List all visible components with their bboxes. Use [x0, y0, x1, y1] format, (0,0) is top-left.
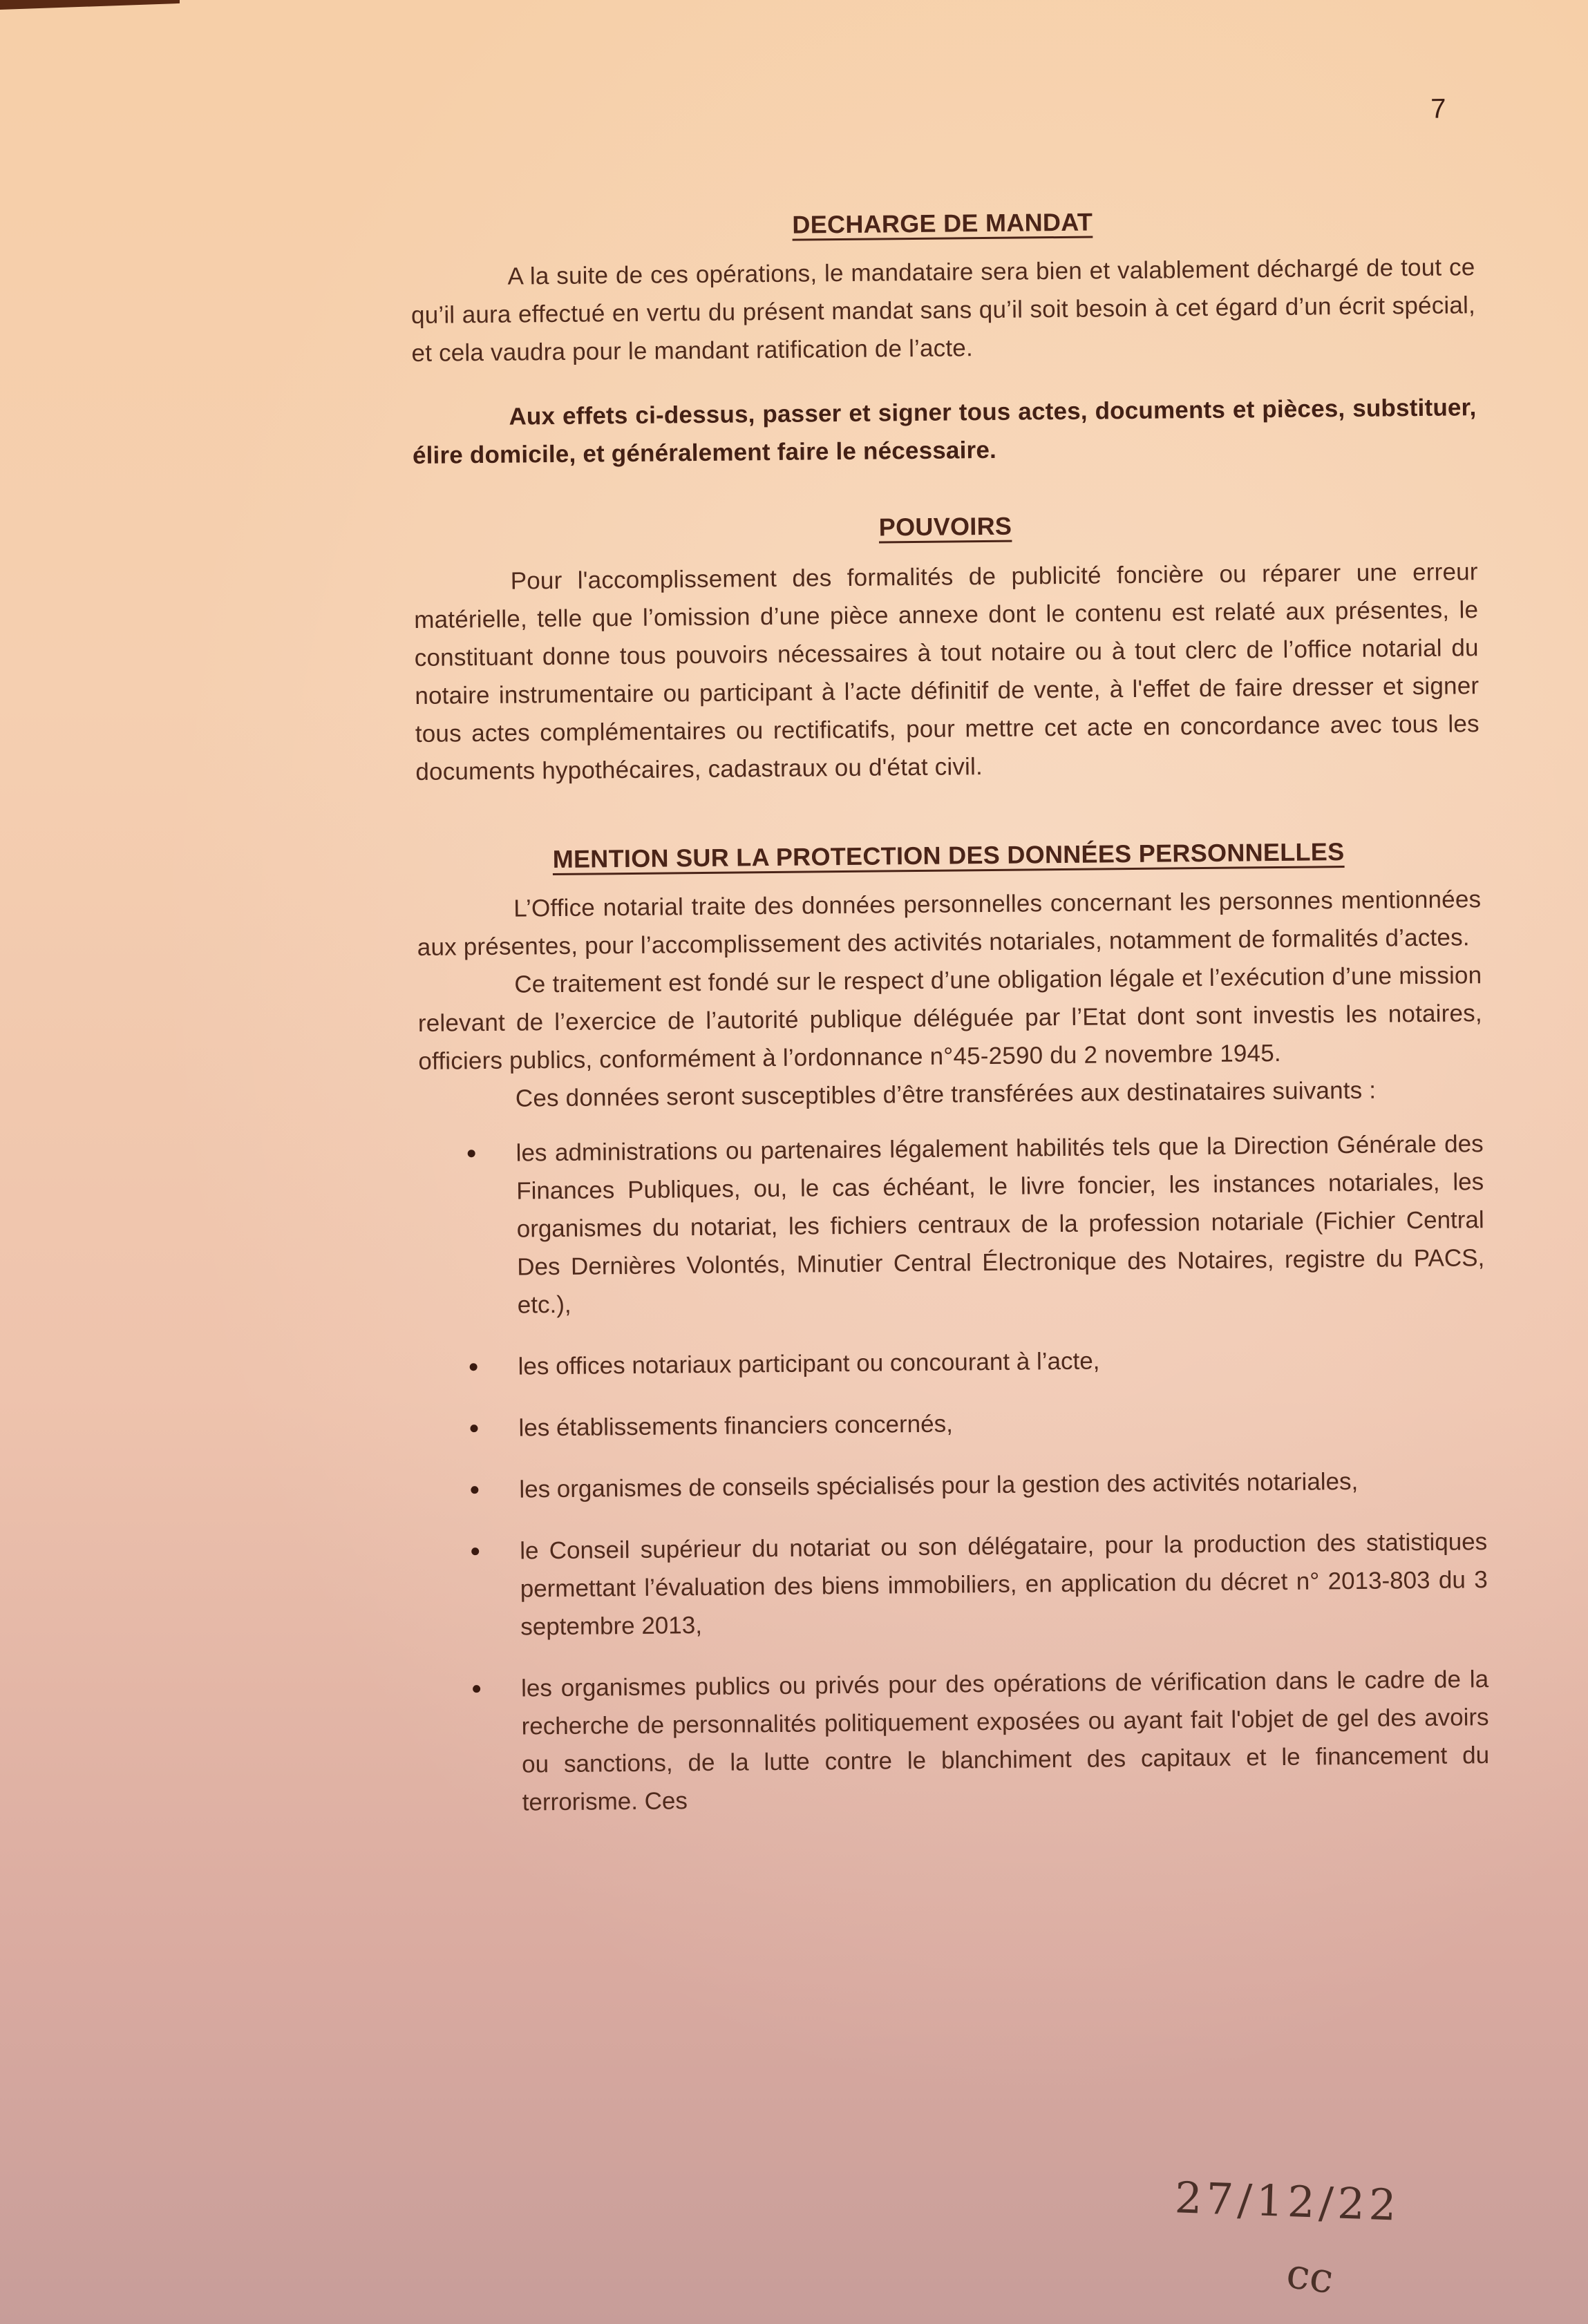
- page-number: 7: [1430, 94, 1446, 125]
- pouvoirs-paragraph: Pour l'accomplissement des formalités de…: [413, 553, 1480, 791]
- protection-paragraph-1: L’Office notarial traite des données per…: [417, 880, 1482, 966]
- list-item-text: les organismes publics ou privés pour de…: [521, 1666, 1489, 1816]
- section-heading-protection-donnees: MENTION SUR LA PROTECTION DES DONNÉES PE…: [416, 836, 1480, 875]
- list-item: les administrations ou partenaires légal…: [419, 1125, 1485, 1325]
- bullet-icon: [470, 1425, 478, 1432]
- section-decharge-de-mandat: DECHARGE DE MANDAT A la suite de ces opé…: [409, 86, 1477, 475]
- decharge-bold-paragraph: Aux effets ci-dessus, passer et signer t…: [412, 388, 1477, 475]
- photo-edge-strip: [0, 0, 180, 10]
- list-item: les organismes de conseils spécialisés p…: [422, 1461, 1486, 1509]
- list-item: le Conseil supérieur du notariat ou son …: [423, 1523, 1488, 1647]
- list-item: les offices notariaux participant ou con…: [421, 1338, 1485, 1387]
- bullet-icon: [470, 1363, 478, 1371]
- list-item-text: les administrations ou partenaires légal…: [516, 1130, 1484, 1318]
- document-page: 7 DECHARGE DE MANDAT A la suite de ces o…: [409, 86, 1490, 1846]
- section-pouvoirs: POUVOIRS Pour l'accomplissement des form…: [413, 507, 1480, 791]
- handwritten-initials: cc: [1283, 2249, 1336, 2304]
- list-item: les établissements financiers concernés,: [422, 1400, 1486, 1448]
- bullet-icon: [471, 1486, 478, 1494]
- recipients-list: les administrations ou partenaires légal…: [419, 1125, 1489, 1822]
- section-protection-donnees: MENTION SUR LA PROTECTION DES DONNÉES PE…: [416, 836, 1489, 1822]
- list-item-text: le Conseil supérieur du notariat ou son …: [520, 1528, 1488, 1640]
- handwritten-date: 27/12/22: [1174, 2172, 1401, 2230]
- bullet-icon: [468, 1150, 475, 1157]
- list-item-text: les organismes de conseils spécialisés p…: [519, 1468, 1358, 1503]
- section-heading-decharge: DECHARGE DE MANDAT: [410, 204, 1475, 243]
- decharge-paragraph: A la suite de ces opérations, le mandata…: [410, 248, 1476, 372]
- list-item-text: les établissements financiers concernés,: [518, 1411, 953, 1442]
- protection-paragraph-2: Ce traitement est fondé sur le respect d…: [417, 956, 1483, 1080]
- bullet-icon: [473, 1685, 480, 1693]
- list-item: les organismes publics ou privés pour de…: [424, 1660, 1490, 1822]
- section-heading-pouvoirs: POUVOIRS: [413, 507, 1477, 546]
- bullet-icon: [471, 1547, 479, 1555]
- list-item-text: les offices notariaux participant ou con…: [518, 1347, 1099, 1380]
